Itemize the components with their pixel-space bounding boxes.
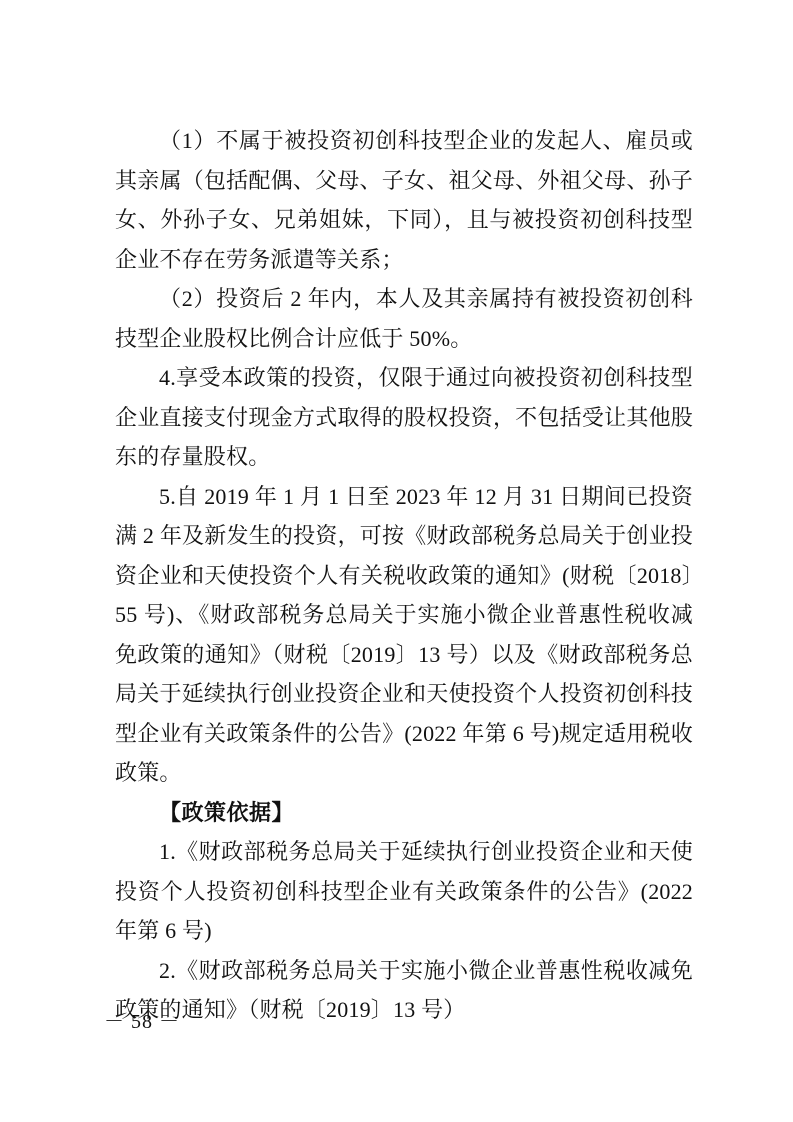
page-number: － 58 － [104, 1008, 180, 1036]
paragraph-item-5: 5.自 2019 年 1 月 1 日至 2023 年 12 月 31 日期间已投… [115, 477, 693, 793]
page-body-text: （1）不属于被投资初创科技型企业的发起人、雇员或其亲属（包括配偶、父母、子女、祖… [115, 121, 693, 1030]
policy-basis-heading: 【政策依据】 [115, 793, 693, 833]
paragraph-reference-1: 1.《财政部税务总局关于延续执行创业投资企业和天使投资个人投资初创科技型企业有关… [115, 832, 693, 951]
document-page: （1）不属于被投资初创科技型企业的发起人、雇员或其亲属（包括配偶、父母、子女、祖… [0, 0, 793, 1122]
paragraph-condition-2: （2）投资后 2 年内，本人及其亲属持有被投资初创科技型企业股权比例合计应低于 … [115, 279, 693, 358]
paragraph-item-4: 4.享受本政策的投资，仅限于通过向被投资初创科技型企业直接支付现金方式取得的股权… [115, 358, 693, 477]
paragraph-reference-2: 2.《财政部税务总局关于实施小微企业普惠性税收减免政策的通知》（财税〔2019〕… [115, 951, 693, 1030]
paragraph-condition-1: （1）不属于被投资初创科技型企业的发起人、雇员或其亲属（包括配偶、父母、子女、祖… [115, 121, 693, 279]
